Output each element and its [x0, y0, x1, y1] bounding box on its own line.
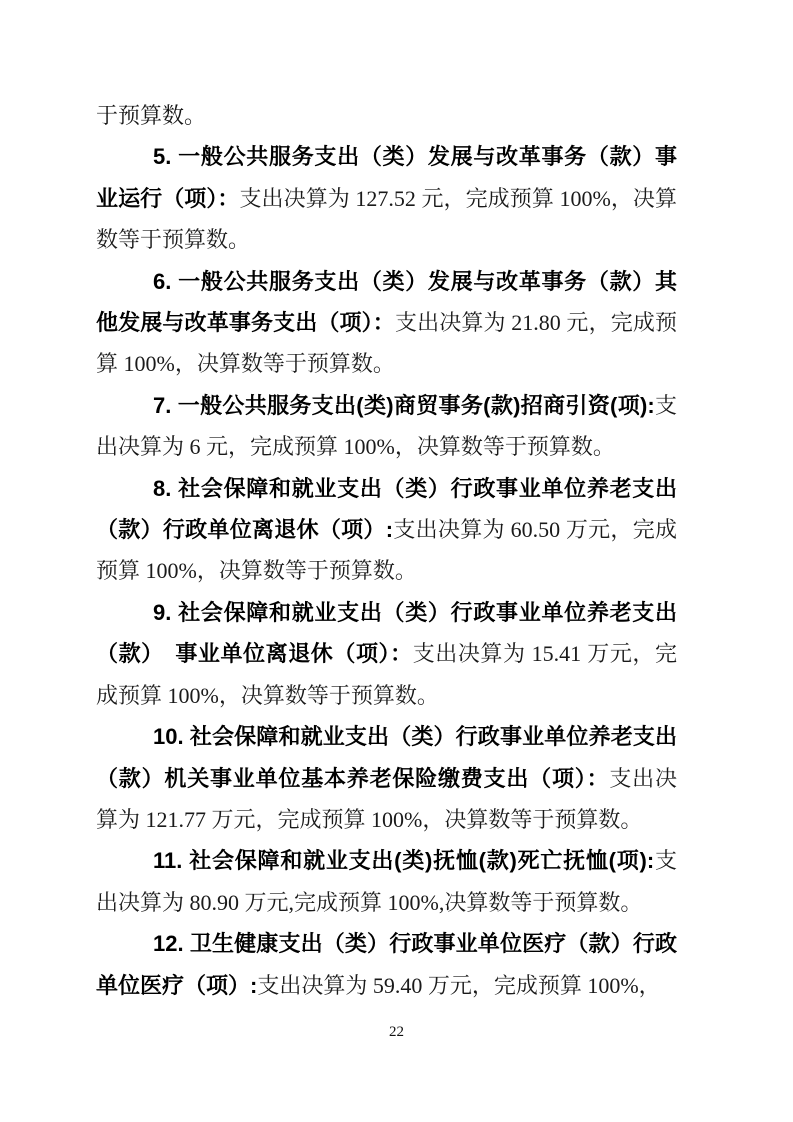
document-page: 于预算数。 5. 一般公共服务支出（类）发展与改革事务（款）事业运行（项）：支出… — [0, 0, 793, 1122]
paragraph-item-5: 5. 一般公共服务支出（类）发展与改革事务（款）事业运行（项）：支出决算为 12… — [96, 136, 677, 260]
paragraph-7-heading: 7. 一般公共服务支出(类)商贸事务(款)招商引资(项): — [153, 393, 655, 418]
paragraph-item-6: 6. 一般公共服务支出（类）发展与改革事务（款）其他发展与改革事务支出（项）：支… — [96, 261, 677, 385]
paragraph-item-8: 8. 社会保障和就业支出（类）行政事业单位养老支出（款）行政单位离退休（项）:支… — [96, 468, 677, 592]
paragraph-10-heading: 10. 社会保障和就业支出（类）行政事业单位养老支出（款）机关事业单位基本养老保… — [96, 724, 677, 790]
paragraph-item-7: 7. 一般公共服务支出(类)商贸事务(款)招商引资(项):支出决算为 6 元，完… — [96, 385, 677, 468]
paragraph-11-heading: 11. 社会保障和就业支出(类)抚恤(款)死亡抚恤(项): — [153, 848, 654, 873]
paragraph-12-body: 支出决算为 59.40 万元，完成预算 100%， — [257, 973, 660, 998]
paragraph-item-12: 12. 卫生健康支出（类）行政事业单位医疗（款）行政单位医疗（项）:支出决算为 … — [96, 923, 677, 1006]
paragraph-item-9: 9. 社会保障和就业支出（类）行政事业单位养老支出（款） 事业单位离退休（项）：… — [96, 592, 677, 716]
page-number: 22 — [0, 1022, 793, 1042]
page-body-text: 于预算数。 5. 一般公共服务支出（类）发展与改革事务（款）事业运行（项）：支出… — [96, 95, 677, 1006]
paragraph-item-10: 10. 社会保障和就业支出（类）行政事业单位养老支出（款）机关事业单位基本养老保… — [96, 716, 677, 840]
paragraph-item-11: 11. 社会保障和就业支出(类)抚恤(款)死亡抚恤(项):支出决算为 80.90… — [96, 840, 677, 923]
paragraph-continuation: 于预算数。 — [96, 95, 677, 136]
